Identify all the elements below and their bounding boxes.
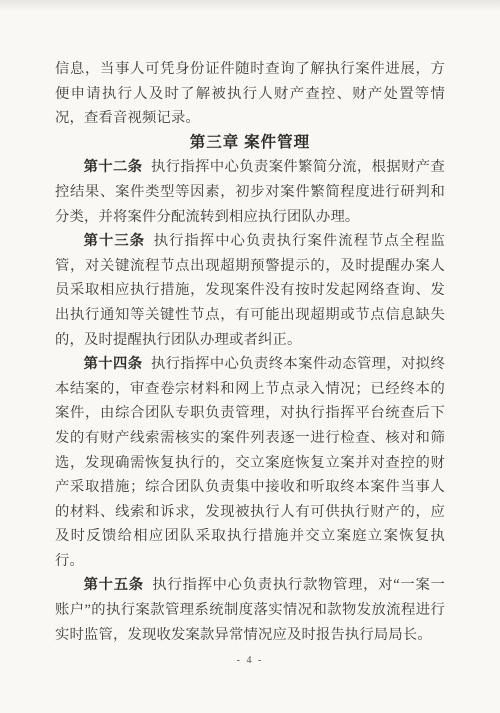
document-body: 信息，当事人可凭身份证件随时查询了解执行案件进展，方便申请执行人及时了解被执行人… [55, 57, 445, 647]
scan-edge-shading [0, 0, 500, 12]
article-paragraph-13: 第十三条执行指挥中心负责执行案件流程节点全程监管，对关键流程节点出现超期预警提示… [55, 229, 445, 352]
article-body: 执行指挥中心负责终本案件动态管理，对拟终本结案的，审查卷宗材料和网上节点录入情况… [55, 356, 445, 569]
article-number: 第十二条 [84, 159, 143, 175]
article-number: 第十三条 [84, 233, 146, 249]
body-paragraph-continuation: 信息，当事人可凭身份证件随时查询了解执行案件进展，方便申请执行人及时了解被执行人… [55, 57, 445, 131]
article-body: 执行指挥中心负责执行案件流程节点全程监管，对关键流程节点出现超期预警提示的，及时… [55, 233, 445, 347]
article-number: 第十四条 [84, 356, 143, 372]
article-paragraph-12: 第十二条执行指挥中心负责案件繁简分流，根据财产查控结果、案件类型等因素，初步对案… [55, 155, 445, 229]
article-paragraph-14: 第十四条执行指挥中心负责终本案件动态管理，对拟终本结案的，审查卷宗材料和网上节点… [55, 352, 445, 573]
article-number: 第十五条 [84, 577, 144, 593]
scanned-document-page: 信息，当事人可凭身份证件随时查询了解执行案件进展，方便申请执行人及时了解被执行人… [0, 0, 500, 713]
page-number-footer: - 4 - [0, 655, 500, 666]
article-paragraph-15: 第十五条执行指挥中心负责执行款物管理，对“一案一账户”的执行案款管理系统制度落实… [55, 573, 445, 647]
chapter-heading: 第三章 案件管理 [55, 131, 445, 156]
